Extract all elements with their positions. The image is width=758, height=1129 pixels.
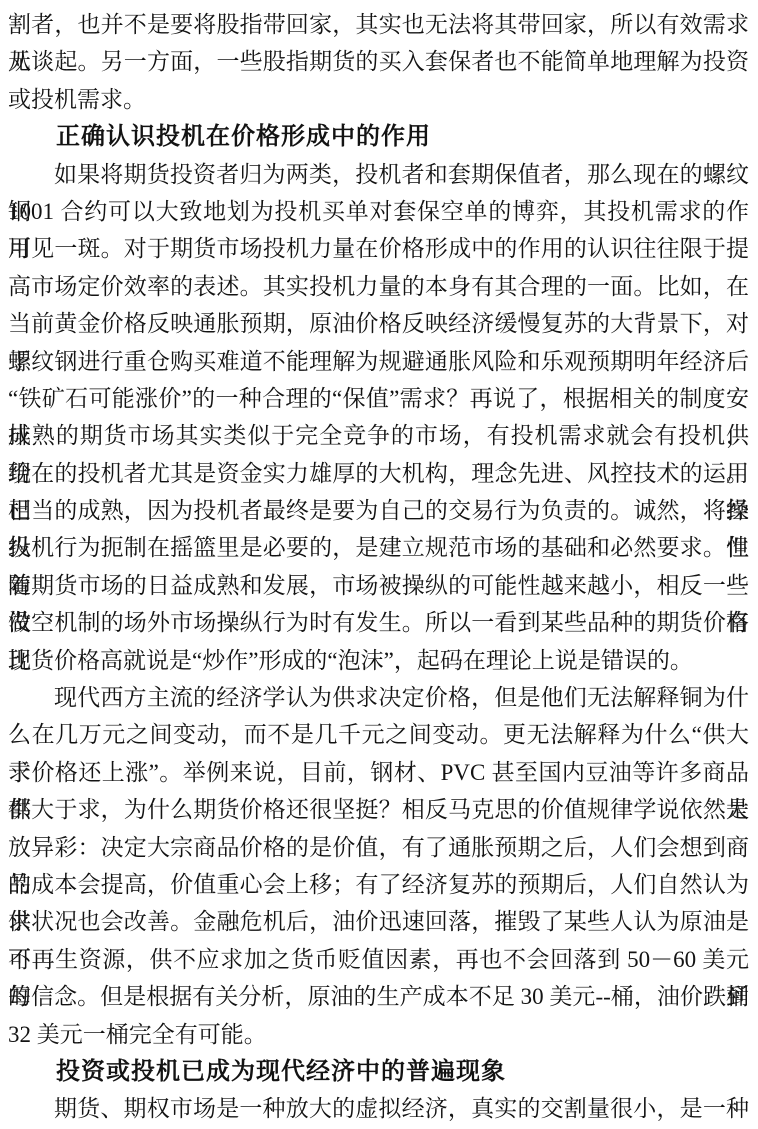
text-line: 可见一斑。对于期货市场投机力量在价格形成中的作用的认识往往限于提	[8, 230, 749, 267]
text-line: 或投机需求。	[8, 81, 749, 118]
text-line: 求状况也会改善。金融危机后，油价迅速回落，摧毁了某些人认为原油是不	[8, 903, 749, 940]
text-line: 可再生资源，供不应求加之货币贬值因素，再也不会回落到 50－60 美元每桶	[8, 941, 749, 978]
document-page: 割者，也并不是要将股指带回家，其实也无法将其带回家，所以有效需求无从谈起。另一方…	[0, 0, 758, 1129]
text-line: 从谈起。另一方面，一些股指期货的买入套保者也不能简单地理解为投资	[8, 43, 749, 80]
text-line: 相当的成熟，因为投机者最终是要为自己的交易行为负责的。诚然，将操纵性	[8, 492, 749, 529]
text-line: 现代西方主流的经济学认为供求决定价格，但是他们无法解释铜为什	[8, 679, 749, 716]
text-line: 做空机制的场外市场操纵行为时有发生。所以一看到某些品种的期货价格比	[8, 604, 749, 641]
text-line: 的信念。但是根据有关分析，原油的生产成本不足 30 美元--桶，油价跌到	[8, 978, 749, 1015]
heading-investment-phenomenon: 投资或投机已成为现代经济中的普遍现象	[56, 1053, 749, 1090]
text-line: 32 美元一桶完全有可能。	[8, 1016, 749, 1053]
text-line: 1001 合约可以大致地划为投机买单对套保空单的博弈，其投机需求的作用	[8, 193, 749, 230]
heading-speculation-role: 正确认识投机在价格形成中的作用	[56, 118, 749, 155]
text-line: 求价格还上涨”。举例来说，目前，钢材、PVC 甚至国内豆油等许多商品都是	[8, 754, 749, 791]
text-line: 割者，也并不是要将股指带回家，其实也无法将其带回家，所以有效需求无	[8, 6, 749, 43]
text-line: 供大于求，为什么期货价格还很坚挺？相反马克思的价值规律学说依然大	[8, 791, 749, 828]
text-line: 如果将期货投资者归为两类，投机者和套期保值者，那么现在的螺纹钢	[8, 156, 749, 193]
text-line: 的成本会提高，价值重心会上移；有了经济复苏的预期后，人们自然认为供	[8, 866, 749, 903]
text-line: 高市场定价效率的表述。其实投机力量的本身有其合理的一面。比如，在	[8, 268, 749, 305]
text-line: “铁矿石可能涨价”的一种合理的“保值”需求？再说了，根据相关的制度安排，	[8, 380, 749, 417]
text-line: 放异彩：决定大宗商品价格的是价值，有了通胀预期之后，人们会想到商品	[8, 829, 749, 866]
text-line: 现货价格高就说是“炒作”形成的“泡沫”，起码在理论上说是错误的。	[8, 642, 749, 679]
text-line: 么在几万元之间变动，而不是几千元之间变动。更无法解释为什么“供大于	[8, 716, 749, 753]
text-line: 投机行为扼制在摇篮里是必要的，是建立规范市场的基础和必然要求。但随	[8, 529, 749, 566]
text-line: 成熟的期货市场其实类似于完全竞争的市场，有投机需求就会有投机供给。	[8, 417, 749, 454]
text-line: 现在的投机者尤其是资金实力雄厚的大机构，理念先进、风控技术的运用已经	[8, 455, 749, 492]
text-line: 期货、期权市场是一种放大的虚拟经济，真实的交割量很小，是一种相	[8, 1090, 749, 1127]
text-line: 螺纹钢进行重仓购买难道不能理解为规避通胀风险和乐观预期明年经济后	[8, 343, 749, 380]
page-content: 割者，也并不是要将股指带回家，其实也无法将其带回家，所以有效需求无从谈起。另一方…	[8, 6, 749, 1128]
text-line: 着期货市场的日益成熟和发展，市场被操纵的可能性越来越小，相反一些没有	[8, 567, 749, 604]
text-line: 当前黄金价格反映通胀预期，原油价格反映经济缓慢复苏的大背景下，对于	[8, 305, 749, 342]
